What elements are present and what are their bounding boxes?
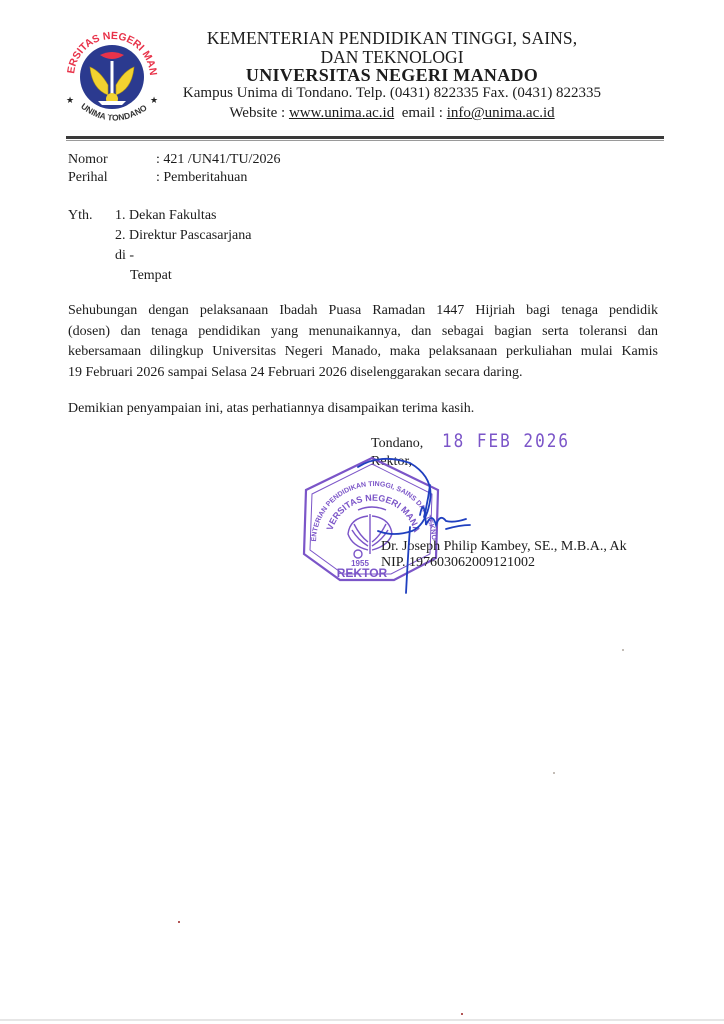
email-link[interactable]: info@unima.ac.id — [447, 105, 555, 121]
university-name: UNIVERSITAS NEGERI MANADO — [172, 65, 612, 86]
ministry-line-1: KEMENTERIAN PENDIDIKAN TINGGI, SAINS, — [172, 28, 612, 49]
contact-line: Website : www.unima.ac.id email : info@u… — [172, 105, 612, 122]
closing-sentence: Demikian penyampaian ini, atas perhatian… — [68, 399, 474, 418]
body-line: Sehubungan dengan pelaksanaan Ibadah Pua… — [68, 301, 658, 322]
body-line: 19 Februari 2026 sampai Selasa 24 Februa… — [68, 363, 658, 384]
date-stamp: 18 FEB 2026 — [442, 430, 570, 452]
recipient-item: 1. Dekan Fakultas — [115, 206, 216, 225]
recipient-item: 2. Direktur Pascasarjana — [115, 226, 251, 245]
recipient-di: di - — [115, 246, 134, 265]
website-link[interactable]: www.unima.ac.id — [289, 105, 394, 121]
svg-text:★: ★ — [66, 95, 74, 105]
nomor-label: Nomor — [68, 150, 108, 169]
body-line: kebersamaan dilingkup Universitas Negeri… — [68, 342, 658, 363]
scan-speck — [622, 649, 624, 651]
body-paragraph: Sehubungan dengan pelaksanaan Ibadah Pua… — [68, 301, 658, 383]
letterhead-divider-thin — [66, 140, 664, 141]
body-line: (dosen) dan tenaga pendidikan yang menun… — [68, 322, 658, 343]
email-label: email : — [402, 105, 447, 121]
website-label: Website : — [229, 105, 289, 121]
address-line: Kampus Unima di Tondano. Telp. (0431) 82… — [172, 85, 612, 102]
svg-text:1955: 1955 — [104, 110, 120, 117]
scan-speck — [553, 772, 555, 774]
svg-text:★: ★ — [150, 95, 158, 105]
perihal-label: Perihal — [68, 168, 108, 187]
recipient-tempat: Tempat — [130, 266, 172, 285]
letterhead-divider — [66, 136, 664, 139]
page-edge — [0, 1019, 724, 1021]
signing-place: Tondano, — [371, 434, 423, 453]
handwritten-signature-icon — [350, 455, 520, 600]
salutation: Yth. — [68, 206, 93, 225]
scan-speck — [178, 921, 180, 923]
nomor-value: : 421 /UN41/TU/2026 — [156, 150, 280, 169]
perihal-value: : Pemberitahuan — [156, 168, 247, 187]
scan-speck — [461, 1013, 463, 1015]
university-emblem-icon: UNIVERSITAS NEGERI MANADO UNIMA TONDANO … — [52, 15, 172, 135]
